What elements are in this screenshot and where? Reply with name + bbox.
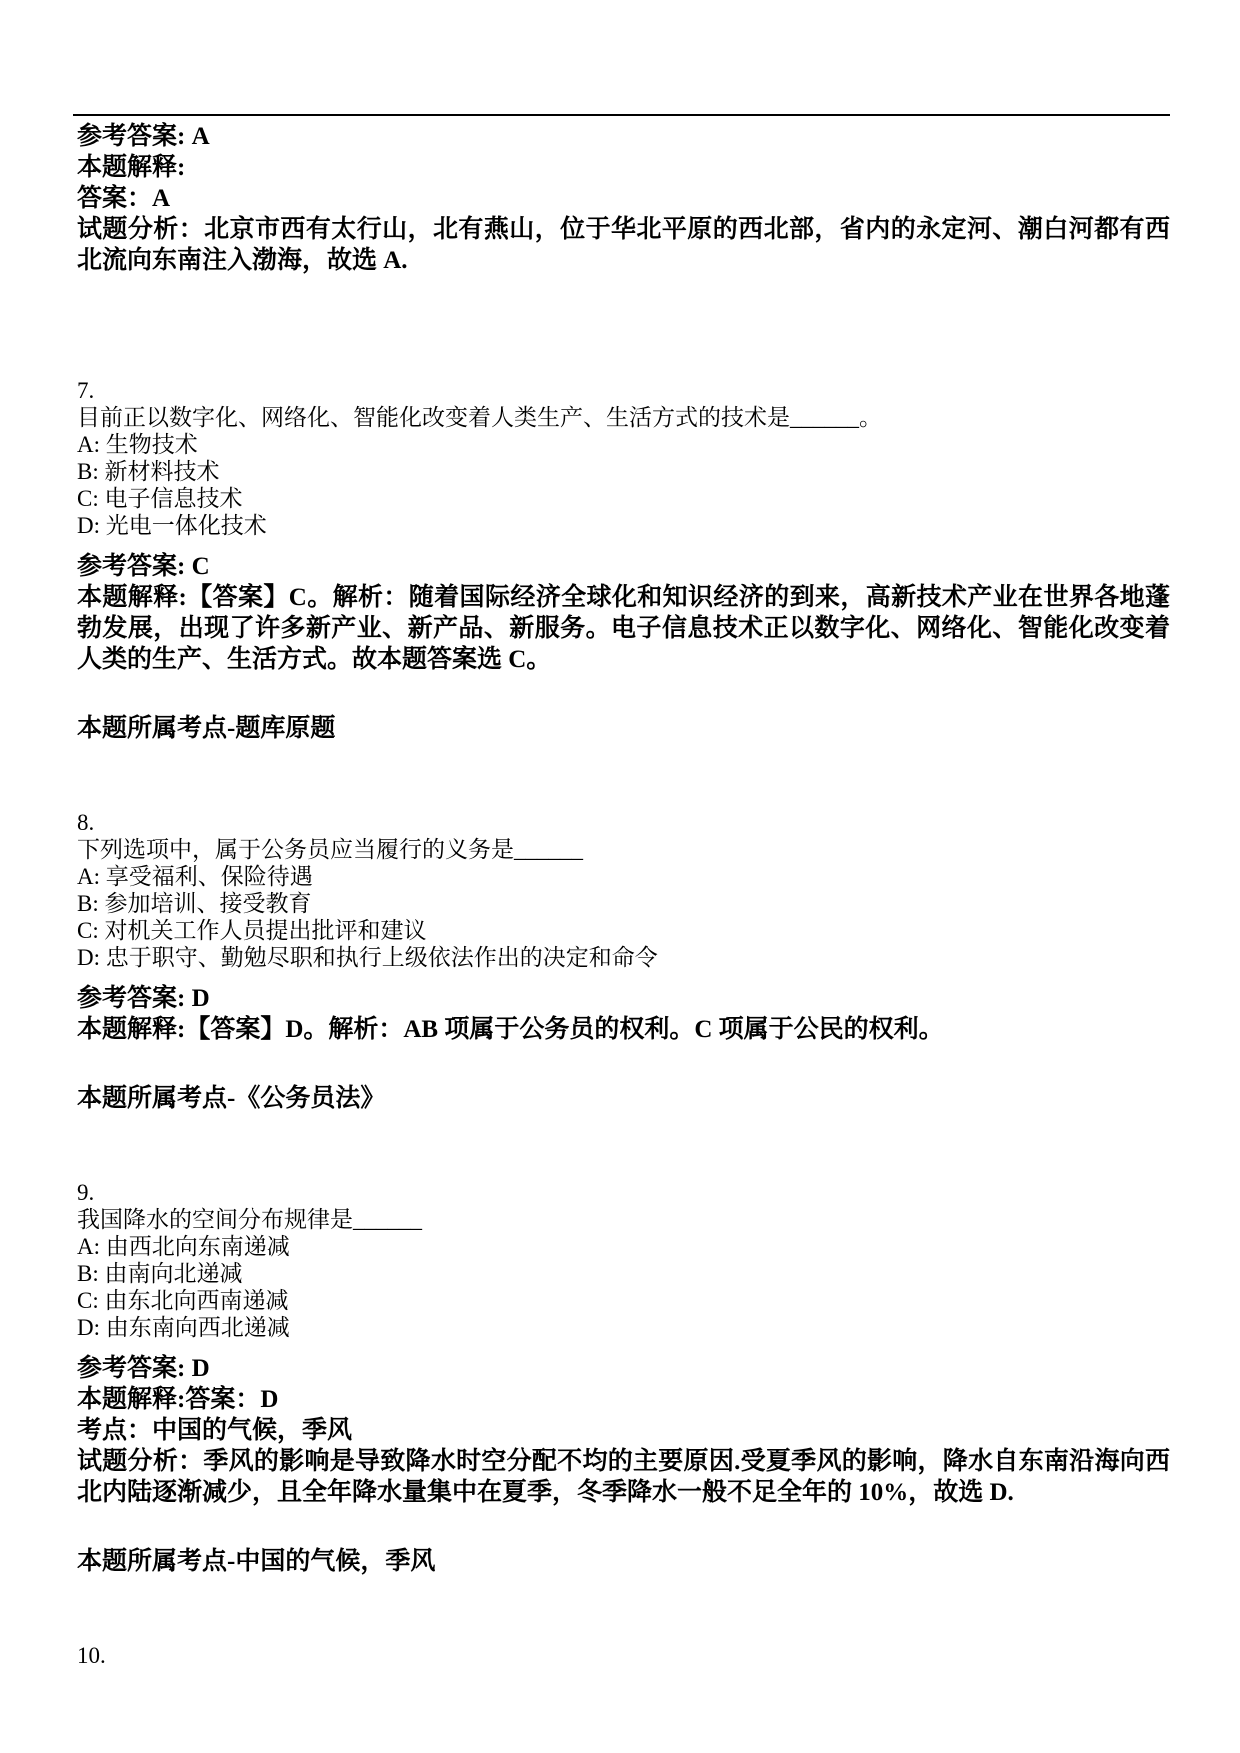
- option-c: C: 电子信息技术: [77, 485, 1170, 512]
- option-b: B: 参加培训、接受教育: [77, 890, 1170, 917]
- question-stem: 目前正以数字化、网络化、智能化改变着人类生产、生活方式的技术是______。: [77, 404, 1170, 431]
- question-8: 8. 下列选项中，属于公务员应当履行的义务是______ A: 享受福利、保险待…: [77, 809, 1170, 1114]
- analysis-paragraph: 试题分析：北京市西有太行山，北有燕山，位于华北平原的西北部，省内的永定河、潮白河…: [77, 214, 1170, 276]
- document-page: 参考答案: A 本题解释: 答案：A 试题分析：北京市西有太行山，北有燕山，位于…: [0, 0, 1240, 1753]
- exam-point-line: 考点：中国的气候，季风: [77, 1415, 1170, 1446]
- option-d: D: 光电一体化技术: [77, 512, 1170, 539]
- question-number: 8.: [77, 809, 1170, 836]
- question-7: 7. 目前正以数字化、网络化、智能化改变着人类生产、生活方式的技术是______…: [77, 377, 1170, 744]
- question-stem: 下列选项中，属于公务员应当履行的义务是______: [77, 836, 1170, 863]
- reference-answer-line: 参考答案: D: [77, 983, 1170, 1014]
- option-a: A: 由西北向东南递减: [77, 1233, 1170, 1260]
- reference-answer-line: 参考答案: A: [77, 121, 1170, 152]
- topic-line: 本题所属考点-《公务员法》: [77, 1083, 1170, 1114]
- option-c: C: 对机关工作人员提出批评和建议: [77, 917, 1170, 944]
- explanation-paragraph: 本题解释:【答案】C。解析：随着国际经济全球化和知识经济的到来，高新技术产业在世…: [77, 582, 1170, 675]
- option-a: A: 享受福利、保险待遇: [77, 863, 1170, 890]
- option-c: C: 由东北向西南递减: [77, 1287, 1170, 1314]
- reference-answer-line: 参考答案: C: [77, 551, 1170, 582]
- option-a: A: 生物技术: [77, 431, 1170, 458]
- option-b: B: 由南向北递减: [77, 1260, 1170, 1287]
- reference-answer-line: 参考答案: D: [77, 1353, 1170, 1384]
- explanation-answer-line: 本题解释:答案：D: [77, 1384, 1170, 1415]
- answer-line: 答案：A: [77, 183, 1170, 214]
- question-number-10: 10.: [77, 1642, 1170, 1669]
- topic-line: 本题所属考点-题库原题: [77, 713, 1170, 744]
- option-d: D: 忠于职守、勤勉尽职和执行上级依法作出的决定和命令: [77, 944, 1170, 971]
- question-number: 7.: [77, 377, 1170, 404]
- topic-line: 本题所属考点-中国的气候，季风: [77, 1546, 1170, 1577]
- question-number: 9.: [77, 1179, 1170, 1206]
- page-content: 参考答案: A 本题解释: 答案：A 试题分析：北京市西有太行山，北有燕山，位于…: [0, 114, 1240, 1669]
- section-divider-rule: [73, 114, 1170, 116]
- option-d: D: 由东南向西北递减: [77, 1314, 1170, 1341]
- explanation-paragraph: 本题解释:【答案】D。解析：AB 项属于公务员的权利。C 项属于公民的权利。: [77, 1014, 1170, 1045]
- question-stem: 我国降水的空间分布规律是______: [77, 1206, 1170, 1233]
- previous-question-answer-block: 参考答案: A 本题解释: 答案：A 试题分析：北京市西有太行山，北有燕山，位于…: [77, 121, 1170, 276]
- question-9: 9. 我国降水的空间分布规律是______ A: 由西北向东南递减 B: 由南向…: [77, 1179, 1170, 1577]
- option-b: B: 新材料技术: [77, 458, 1170, 485]
- analysis-paragraph: 试题分析：季风的影响是导致降水时空分配不均的主要原因.受夏季风的影响，降水自东南…: [77, 1446, 1170, 1508]
- explanation-label-line: 本题解释:: [77, 152, 1170, 183]
